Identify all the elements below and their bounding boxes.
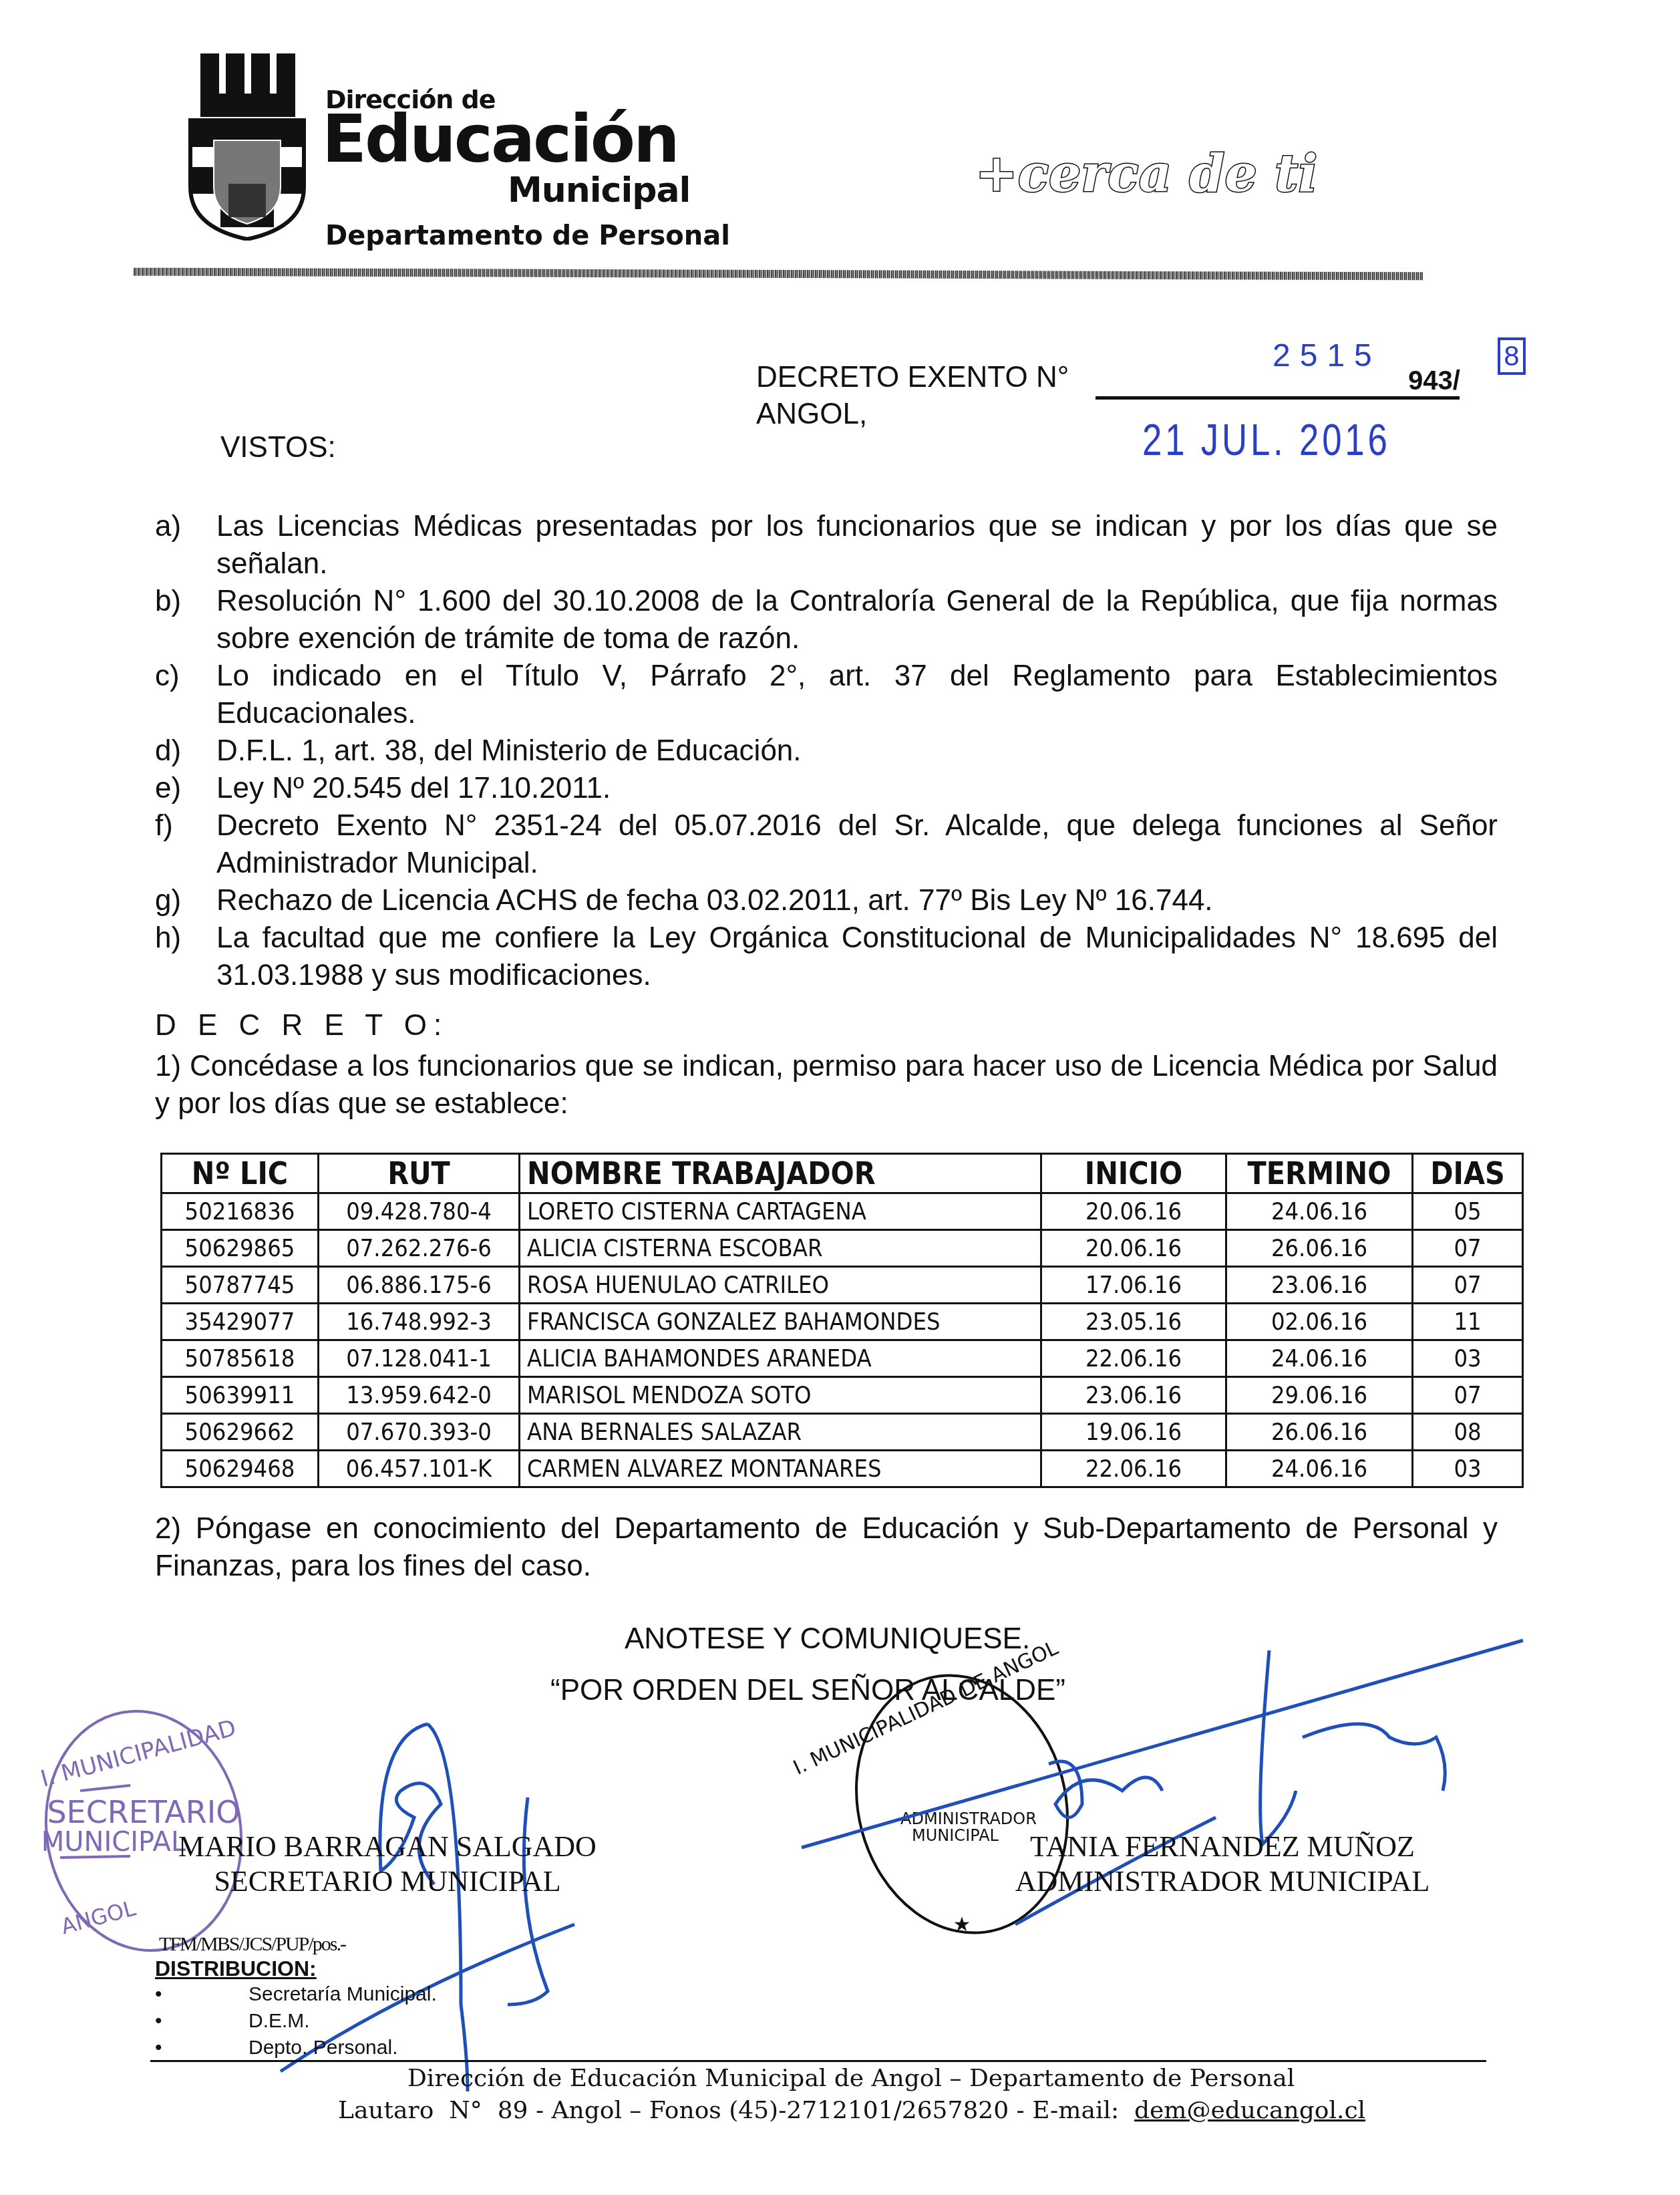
decreto-point-1: 1) Concédase a los funcionarios que se i… bbox=[155, 1048, 1498, 1123]
decree-number: 943/ bbox=[1408, 366, 1460, 396]
cell-termino: 02.06.16 bbox=[1226, 1304, 1413, 1340]
distribution-item: •Depto. Personal. bbox=[155, 2035, 437, 2061]
left-seal-top: I. MUNICIPALIDAD bbox=[38, 1715, 239, 1792]
table-row: 5062946806.457.101-KCARMEN ALVAREZ MONTA… bbox=[162, 1451, 1523, 1487]
distribution-item-label: D.E.M. bbox=[248, 2008, 310, 2035]
medical-leave-table: Nº LIC RUT NOMBRE TRABAJADOR INICIO TERM… bbox=[160, 1153, 1524, 1488]
stamp-date: 21 JUL. 2016 bbox=[1142, 414, 1391, 465]
cell-lic: 50787745 bbox=[162, 1267, 319, 1304]
decreto-point-2: 2) Póngase en conocimiento del Departame… bbox=[155, 1510, 1498, 1585]
item-label: a) bbox=[155, 508, 216, 583]
cell-termino: 23.06.16 bbox=[1226, 1267, 1413, 1304]
item-label: f) bbox=[155, 807, 216, 882]
cell-dias: 05 bbox=[1413, 1193, 1523, 1230]
table-row: 3542907716.748.992-3FRANCISCA GONZALEZ B… bbox=[162, 1304, 1523, 1340]
item-label: g) bbox=[155, 882, 216, 919]
cell-inicio: 20.06.16 bbox=[1041, 1230, 1226, 1267]
right-seal-center2: MUNICIPAL bbox=[912, 1826, 999, 1845]
cell-inicio: 19.06.16 bbox=[1041, 1414, 1226, 1451]
footer-email-link[interactable]: dem@educangol.cl bbox=[1134, 2097, 1365, 2124]
cell-lic: 50629468 bbox=[162, 1451, 319, 1487]
right-seal-top: I. MUNICIPALIDAD DE ANGOL bbox=[790, 1636, 1061, 1780]
distribution-list: •Secretaría Municipal. •D.E.M. •Depto. P… bbox=[155, 1981, 437, 2061]
item-text: Ley Nº 20.545 del 17.10.2011. bbox=[216, 770, 1498, 807]
cell-termino: 29.06.16 bbox=[1226, 1377, 1413, 1414]
bullet-icon: • bbox=[155, 2035, 248, 2061]
item-text: Decreto Exento N° 2351-24 del 05.07.2016… bbox=[216, 807, 1498, 882]
cell-inicio: 17.06.16 bbox=[1041, 1267, 1226, 1304]
cell-dias: 11 bbox=[1413, 1304, 1523, 1340]
cell-dias: 03 bbox=[1413, 1451, 1523, 1487]
distribution-title: DISTRIBUCION: bbox=[155, 1956, 317, 1981]
cell-lic: 50629662 bbox=[162, 1414, 319, 1451]
item-text: D.F.L. 1, art. 38, del Ministerio de Edu… bbox=[216, 732, 1498, 770]
item-text: Las Licencias Médicas presentadas por lo… bbox=[216, 508, 1498, 583]
cell-lic: 50216836 bbox=[162, 1193, 319, 1230]
cell-termino: 26.06.16 bbox=[1226, 1230, 1413, 1267]
vistos-item: b)Resolución N° 1.600 del 30.10.2008 de … bbox=[155, 583, 1498, 657]
cell-lic: 35429077 bbox=[162, 1304, 319, 1340]
vistos-item: c)Lo indicado en el Título V, Párrafo 2°… bbox=[155, 657, 1498, 732]
cell-dias: 07 bbox=[1413, 1377, 1523, 1414]
item-text: La facultad que me confiere la Ley Orgán… bbox=[216, 919, 1498, 994]
table-header-row: Nº LIC RUT NOMBRE TRABAJADOR INICIO TERM… bbox=[162, 1154, 1523, 1193]
vistos-item: a)Las Licencias Médicas presentadas por … bbox=[155, 508, 1498, 583]
cell-lic: 50629865 bbox=[162, 1230, 319, 1267]
cell-termino: 26.06.16 bbox=[1226, 1414, 1413, 1451]
distribution-item: •Secretaría Municipal. bbox=[155, 1981, 437, 2008]
signer-title: ADMINISTRADOR MUNICIPAL bbox=[989, 1864, 1456, 1899]
cell-termino: 24.06.16 bbox=[1226, 1451, 1413, 1487]
cell-rut: 07.670.393-0 bbox=[319, 1414, 520, 1451]
item-text: Rechazo de Licencia ACHS de fecha 03.02.… bbox=[216, 882, 1498, 919]
cell-rut: 16.748.992-3 bbox=[319, 1304, 520, 1340]
cell-rut: 06.457.101-K bbox=[319, 1451, 520, 1487]
table-row: 5021683609.428.780-4LORETO CISTERNA CART… bbox=[162, 1193, 1523, 1230]
cell-dias: 08 bbox=[1413, 1414, 1523, 1451]
table-row: 5078774506.886.175-6ROSA HUENULAO CATRIL… bbox=[162, 1267, 1523, 1304]
signature-block-secretario: MARIO BARRAGAN SALGADO SECRETARIO MUNICI… bbox=[154, 1830, 621, 1899]
cell-nombre: ALICIA CISTERNA ESCOBAR bbox=[520, 1230, 1041, 1267]
col-header-rut: RUT bbox=[319, 1154, 520, 1193]
cell-nombre: MARISOL MENDOZA SOTO bbox=[520, 1377, 1041, 1414]
department-name: Departamento de Personal bbox=[325, 221, 730, 251]
cell-nombre: ROSA HUENULAO CATRILEO bbox=[520, 1267, 1041, 1304]
vistos-item: e)Ley Nº 20.545 del 17.10.2011. bbox=[155, 770, 1498, 807]
header-divider bbox=[134, 268, 1423, 281]
vistos-item: f)Decreto Exento N° 2351-24 del 05.07.20… bbox=[155, 807, 1498, 882]
cell-rut: 09.428.780-4 bbox=[319, 1193, 520, 1230]
vistos-item: g)Rechazo de Licencia ACHS de fecha 03.0… bbox=[155, 882, 1498, 919]
slogan-logo: +cerca de ti bbox=[975, 144, 1317, 203]
signer-name: MARIO BARRAGAN SALGADO bbox=[154, 1830, 621, 1864]
table-row: 5062966207.670.393-0ANA BERNALES SALAZAR… bbox=[162, 1414, 1523, 1451]
municipal-crest-logo bbox=[187, 53, 307, 241]
right-seal-star: ★ bbox=[953, 1914, 971, 1936]
col-header-nombre: NOMBRE TRABAJADOR bbox=[520, 1154, 1041, 1193]
item-text: Lo indicado en el Título V, Párrafo 2°, … bbox=[216, 657, 1498, 732]
city-label: ANGOL, bbox=[756, 398, 867, 431]
cell-inicio: 22.06.16 bbox=[1041, 1340, 1226, 1377]
stamp-number: 2515 bbox=[1273, 337, 1381, 374]
bullet-icon: • bbox=[155, 1981, 248, 2008]
item-label: c) bbox=[155, 657, 216, 732]
right-seal-center1: ADMINISTRADOR bbox=[900, 1809, 1037, 1828]
footer-line1: Dirección de Educación Municipal de Ango… bbox=[407, 2065, 1295, 2092]
stamp-digit-box: 8 bbox=[1498, 337, 1526, 375]
vistos-item: h)La facultad que me confiere la Ley Org… bbox=[155, 919, 1498, 994]
vistos-list: a)Las Licencias Médicas presentadas por … bbox=[155, 508, 1498, 994]
cell-dias: 07 bbox=[1413, 1267, 1523, 1304]
vistos-item: d)D.F.L. 1, art. 38, del Ministerio de E… bbox=[155, 732, 1498, 770]
table-row: 5063991113.959.642-0MARISOL MENDOZA SOTO… bbox=[162, 1377, 1523, 1414]
cell-termino: 24.06.16 bbox=[1226, 1193, 1413, 1230]
anotese-text: ANOTESE Y COMUNIQUESE. bbox=[625, 1622, 1030, 1656]
cell-nombre: LORETO CISTERNA CARTAGENA bbox=[520, 1193, 1041, 1230]
decree-label: DECRETO EXENTO N° bbox=[756, 361, 1069, 394]
cell-inicio: 23.05.16 bbox=[1041, 1304, 1226, 1340]
decree-number-line bbox=[1096, 396, 1460, 400]
distribution-item-label: Depto. Personal. bbox=[248, 2035, 397, 2061]
author-initials: TFM/MBS/JCS/PUP/pos.- bbox=[159, 1933, 345, 1956]
distribution-item: •D.E.M. bbox=[155, 2008, 437, 2035]
bullet-icon: • bbox=[155, 2008, 248, 2035]
item-label: h) bbox=[155, 919, 216, 994]
cell-dias: 03 bbox=[1413, 1340, 1523, 1377]
table-row: 5062986507.262.276-6ALICIA CISTERNA ESCO… bbox=[162, 1230, 1523, 1267]
signer-name: TANIA FERNANDEZ MUÑOZ bbox=[989, 1830, 1456, 1864]
org-line2: Educación bbox=[322, 107, 678, 172]
footer-divider bbox=[150, 2060, 1486, 2062]
item-text: Resolución N° 1.600 del 30.10.2008 de la… bbox=[216, 583, 1498, 657]
cell-inicio: 23.06.16 bbox=[1041, 1377, 1226, 1414]
left-seal-center1: SECRETARIO bbox=[47, 1794, 240, 1830]
cell-nombre: CARMEN ALVAREZ MONTANARES bbox=[520, 1451, 1041, 1487]
cell-rut: 13.959.642-0 bbox=[319, 1377, 520, 1414]
cell-dias: 07 bbox=[1413, 1230, 1523, 1267]
cell-nombre: ANA BERNALES SALAZAR bbox=[520, 1414, 1041, 1451]
col-header-lic: Nº LIC bbox=[162, 1154, 319, 1193]
org-line3: Municipal bbox=[508, 170, 690, 210]
signer-title: SECRETARIO MUNICIPAL bbox=[154, 1864, 621, 1899]
cell-inicio: 22.06.16 bbox=[1041, 1451, 1226, 1487]
footer-address: Lautaro N° 89 - Angol – Fonos (45)-27121… bbox=[338, 2097, 1134, 2124]
vistos-title: VISTOS: bbox=[220, 431, 336, 464]
item-label: b) bbox=[155, 583, 216, 657]
cell-rut: 07.262.276-6 bbox=[319, 1230, 520, 1267]
col-header-inicio: INICIO bbox=[1041, 1154, 1226, 1193]
item-label: d) bbox=[155, 732, 216, 770]
footer-line2: Lautaro N° 89 - Angol – Fonos (45)-27121… bbox=[338, 2097, 1365, 2124]
left-seal-bottom: ANGOL bbox=[58, 1895, 138, 1939]
item-label: e) bbox=[155, 770, 216, 807]
table-row: 5078561807.128.041-1ALICIA BAHAMONDES AR… bbox=[162, 1340, 1523, 1377]
cell-lic: 50785618 bbox=[162, 1340, 319, 1377]
signature-block-administrador: TANIA FERNANDEZ MUÑOZ ADMINISTRADOR MUNI… bbox=[989, 1830, 1456, 1899]
cell-rut: 06.886.175-6 bbox=[319, 1267, 520, 1304]
col-header-dias: DIAS bbox=[1413, 1154, 1523, 1193]
cell-nombre: FRANCISCA GONZALEZ BAHAMONDES bbox=[520, 1304, 1041, 1340]
por-orden-text: “POR ORDEN DEL SEÑOR ALCALDE” bbox=[550, 1674, 1065, 1707]
cell-rut: 07.128.041-1 bbox=[319, 1340, 520, 1377]
cell-lic: 50639911 bbox=[162, 1377, 319, 1414]
cell-termino: 24.06.16 bbox=[1226, 1340, 1413, 1377]
cell-nombre: ALICIA BAHAMONDES ARANEDA bbox=[520, 1340, 1041, 1377]
distribution-item-label: Secretaría Municipal. bbox=[248, 1981, 437, 2008]
decreto-title: D E C R E T O: bbox=[155, 1009, 448, 1042]
col-header-termino: TERMINO bbox=[1226, 1154, 1413, 1193]
cell-inicio: 20.06.16 bbox=[1041, 1193, 1226, 1230]
